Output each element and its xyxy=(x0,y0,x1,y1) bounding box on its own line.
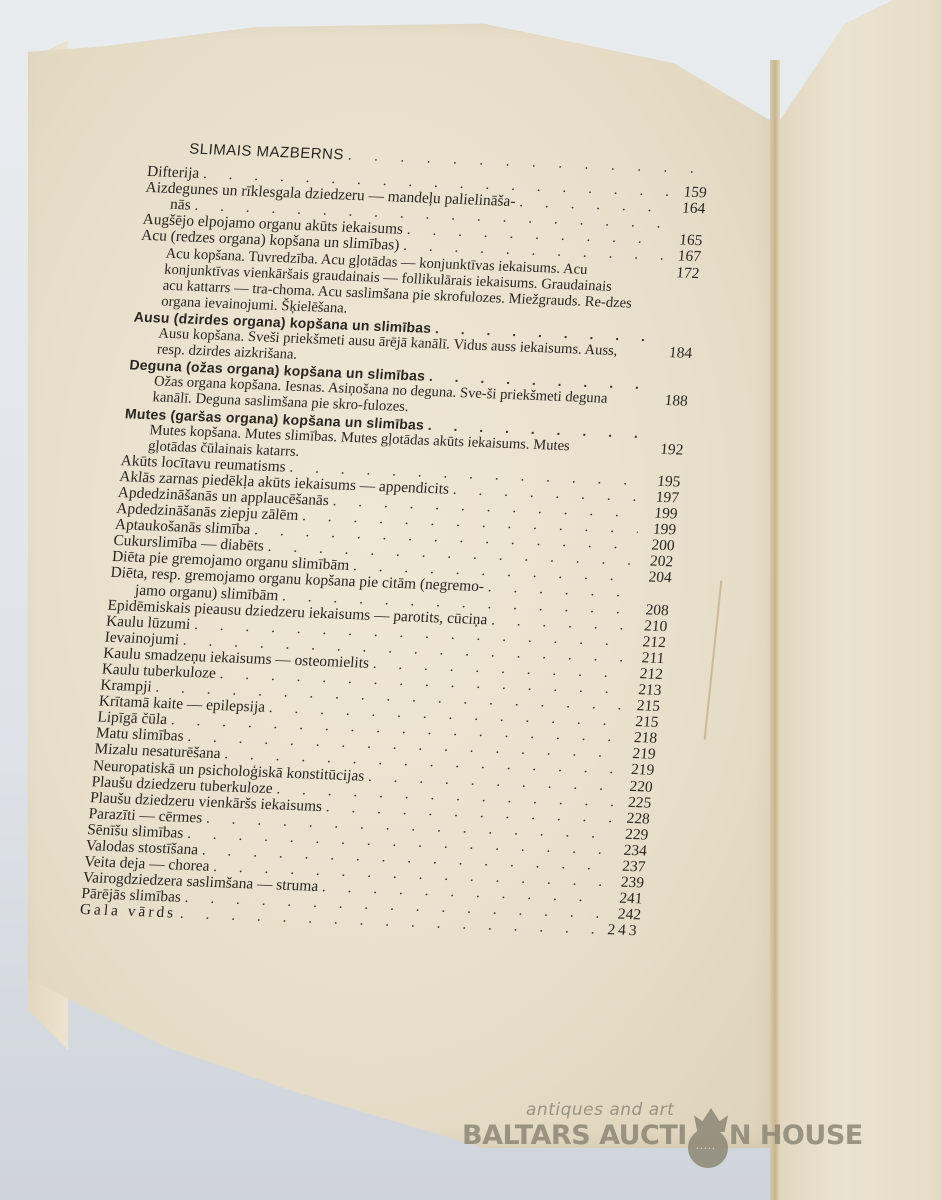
right-page xyxy=(780,0,941,1200)
page-number: 184 xyxy=(657,345,692,362)
page-number: 192 xyxy=(649,441,684,458)
watermark-logo: antiques and art BALTARS AUCTIN HOUSE xyxy=(462,1098,862,1178)
book-spine xyxy=(770,60,780,1200)
page-number: 208 xyxy=(634,602,669,619)
page-number: 211 xyxy=(630,650,665,667)
page-number: 167 xyxy=(666,248,701,265)
page-number: 195 xyxy=(646,473,681,490)
page-number: 164 xyxy=(671,200,706,217)
page-number: 228 xyxy=(615,810,650,827)
page-number: 229 xyxy=(614,826,649,843)
page-number: 219 xyxy=(619,762,654,779)
page-number: 225 xyxy=(616,794,651,811)
table-of-contents: SLIMAIS MAZBERNS Difterija159 Aizdegunes… xyxy=(79,140,709,940)
page-number: 188 xyxy=(653,393,688,410)
page-number: 210 xyxy=(633,618,668,635)
page-number: 204 xyxy=(637,569,672,586)
page-number: 243 xyxy=(605,922,640,939)
page-number: 220 xyxy=(618,778,653,795)
page-number: 172 xyxy=(665,264,700,281)
page-number: 212 xyxy=(631,634,666,651)
page-number: 197 xyxy=(644,489,679,506)
watermark-name: BALTARS AUCTIN HOUSE xyxy=(462,1120,863,1151)
watermark-tagline: antiques and art xyxy=(526,1100,674,1120)
